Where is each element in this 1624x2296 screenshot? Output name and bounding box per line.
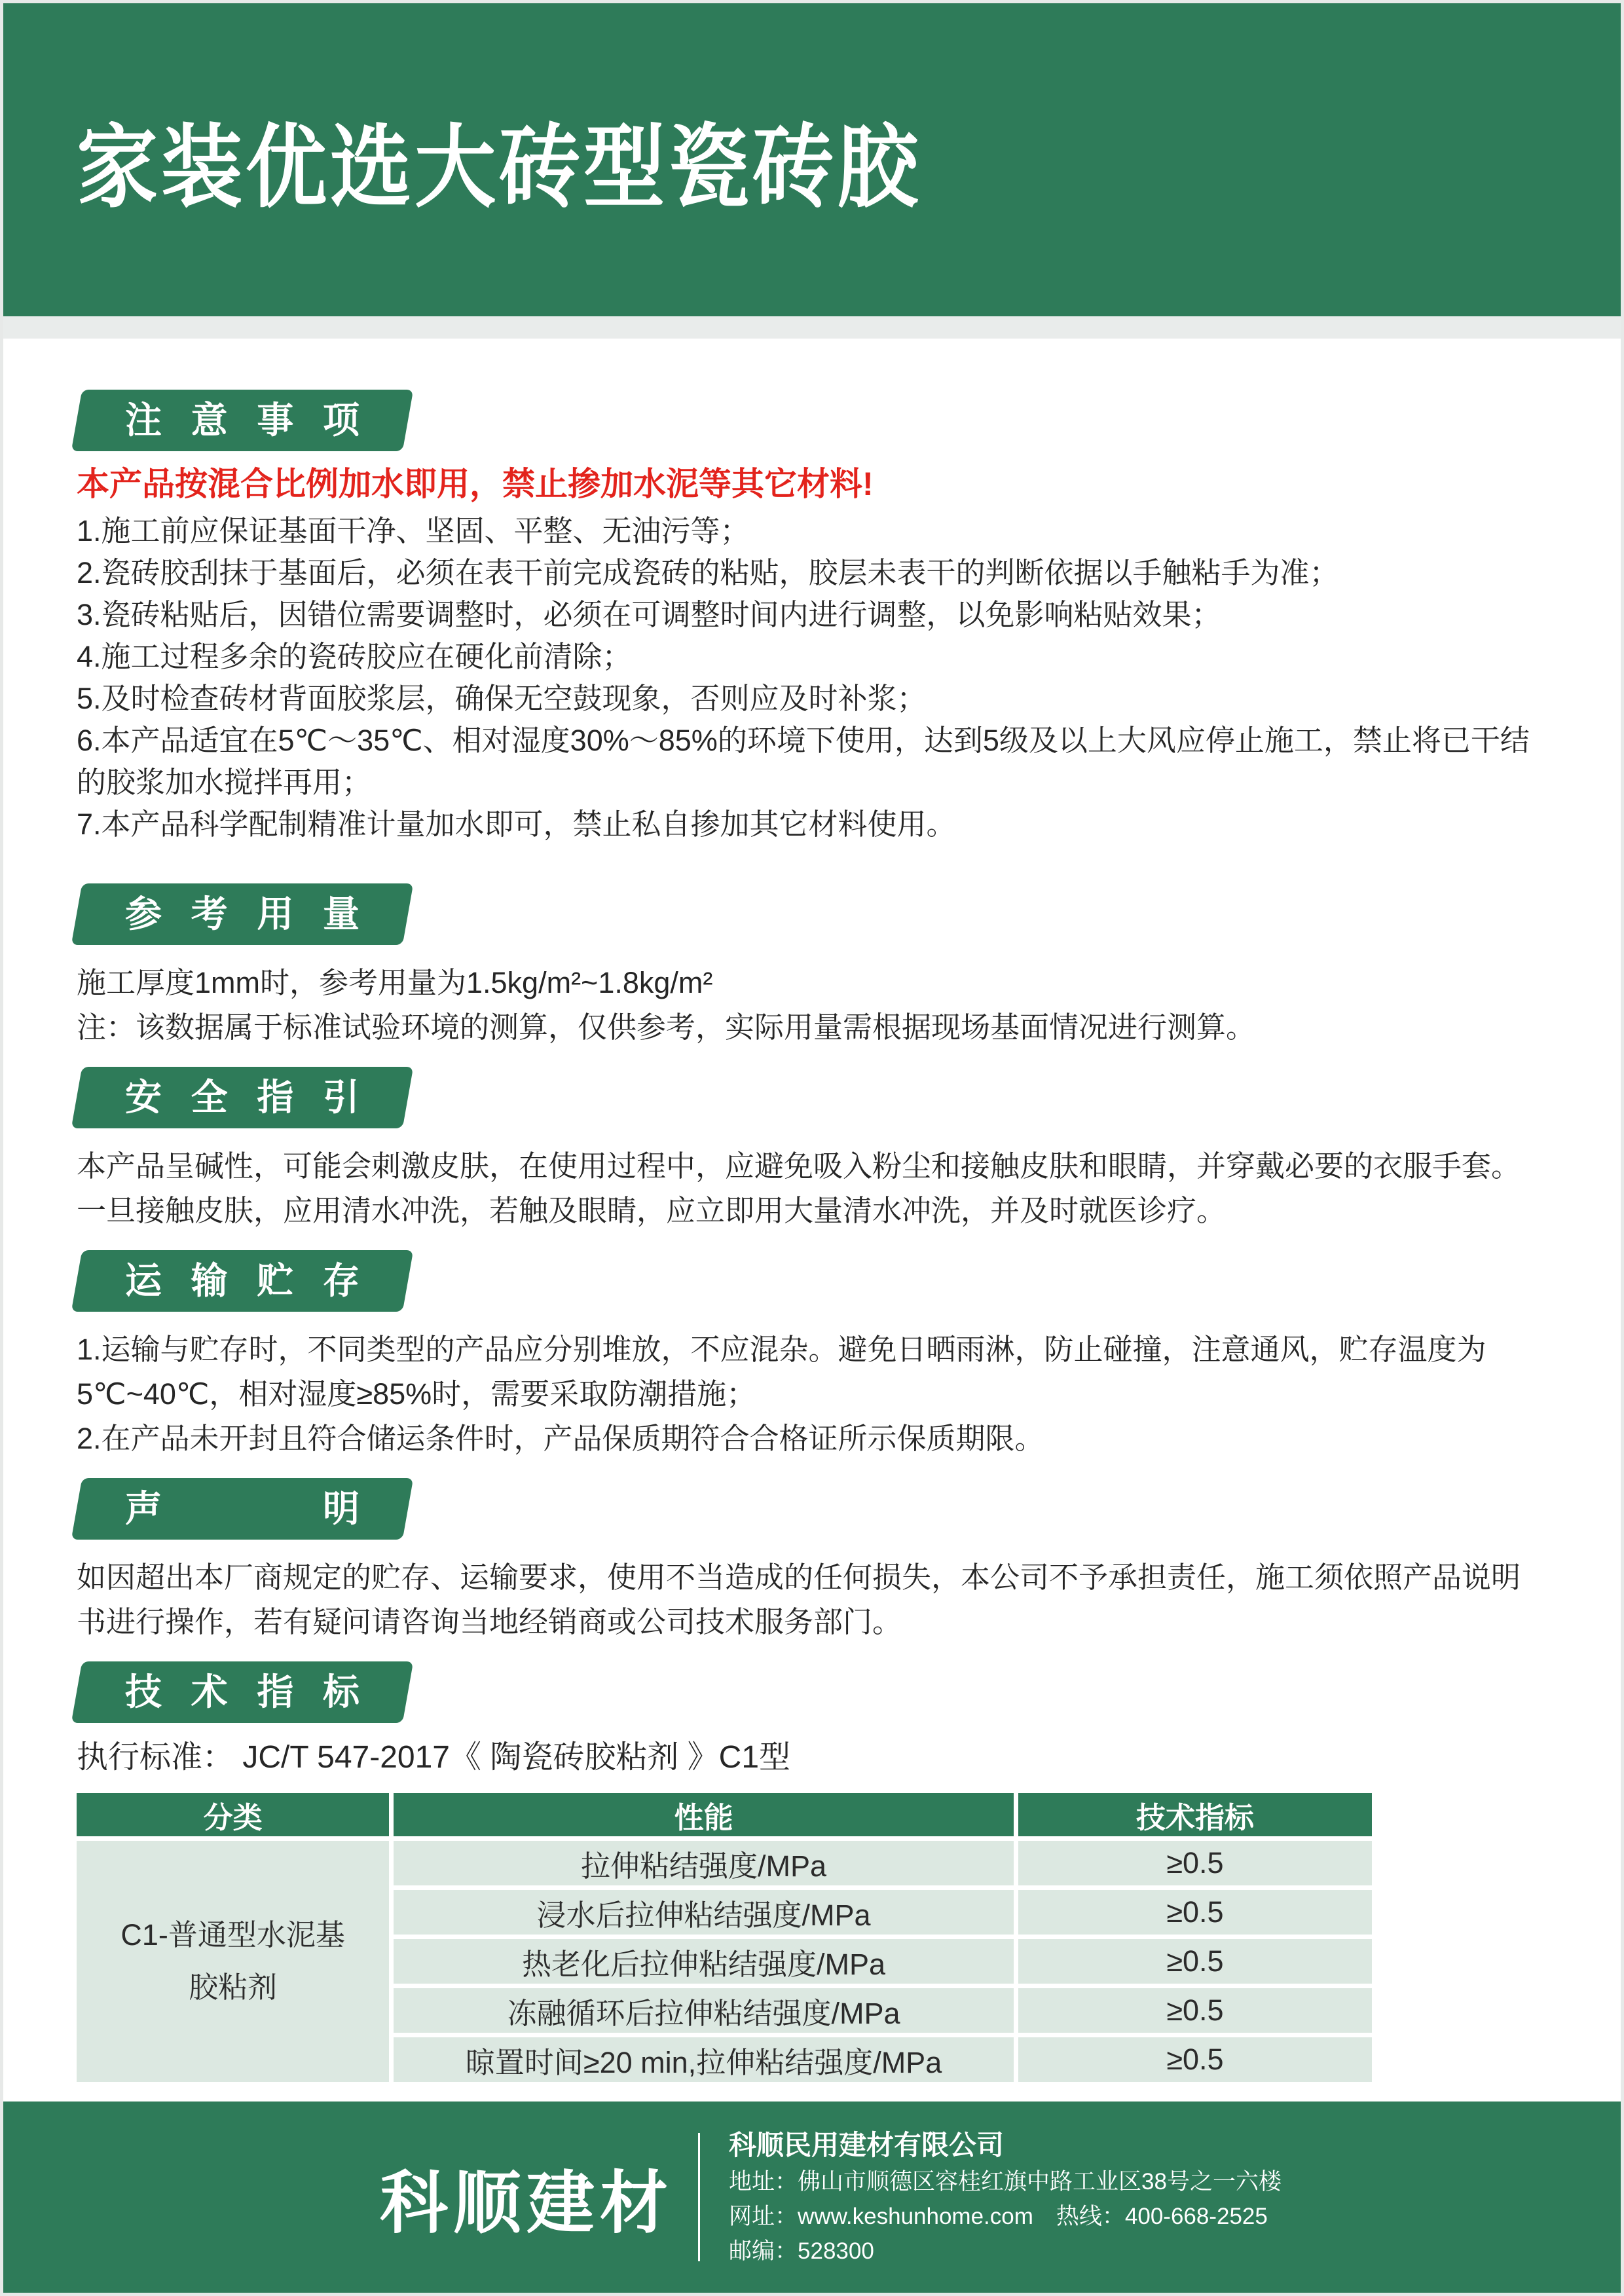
section-badge-label: 参考用量 bbox=[77, 883, 408, 945]
table-property-cell: 冻融循环后拉伸粘结强度/MPa bbox=[394, 1988, 1014, 2033]
table-value-cell: ≥0.5 bbox=[1018, 1841, 1372, 1885]
company-logo: 科顺建材 bbox=[380, 2148, 673, 2246]
product-sheet-page: 家装优选大砖型瓷砖胶 注意事项 本产品按混合比例加水即用，禁止掺加水泥等其它材料… bbox=[3, 3, 1621, 2293]
notice-item: 5.及时检查砖材背面胶浆层，确保无空鼓现象，否则应及时补浆； bbox=[77, 678, 1547, 720]
section-badge-statement: 声明 bbox=[77, 1478, 408, 1540]
notice-item: 7.本产品科学配制精准计量加水即可，禁止私自掺加其它材料使用。 bbox=[77, 804, 1547, 845]
footer-zip: 邮编：528300 bbox=[729, 2234, 1282, 2268]
safety-text: 本产品呈碱性，可能会刺激皮肤，在使用过程中，应避免吸入粉尘和接触皮肤和眼睛，并穿… bbox=[77, 1144, 1547, 1233]
dosage-note: 注：该数据属于标准试验环境的测算，仅供参考，实际用量需根据现场基面情况进行测算。 bbox=[77, 1005, 1547, 1050]
table-value-cell: ≥0.5 bbox=[1018, 1988, 1372, 2033]
footer-company-name: 科顺民用建材有限公司 bbox=[729, 2126, 1282, 2164]
notice-warning-text: 本产品按混合比例加水即用，禁止掺加水泥等其它材料! bbox=[77, 464, 1547, 504]
table-property-cell: 晾置时间≥20 min,拉伸粘结强度/MPa bbox=[394, 2037, 1014, 2082]
section-badge-label: 技术指标 bbox=[77, 1661, 408, 1723]
section-badge-tech: 技术指标 bbox=[77, 1661, 408, 1723]
table-header-row: 分类 性能 技术指标 bbox=[77, 1793, 1372, 1836]
table-property-cell: 浸水后拉伸粘结强度/MPa bbox=[394, 1890, 1014, 1935]
statement-text: 如因超出本厂商规定的贮存、运输要求，使用不当造成的任何损失，本公司不予承担责任，… bbox=[77, 1555, 1547, 1644]
footer-divider bbox=[698, 2133, 700, 2261]
section-badge-transport: 运输贮存 bbox=[77, 1250, 408, 1312]
header-separator-band bbox=[3, 316, 1621, 339]
table-row: C1-普通型水泥基 胶粘剂 拉伸粘结强度/MPa ≥0.5 bbox=[77, 1841, 1372, 1885]
section-badge-safety: 安全指引 bbox=[77, 1067, 408, 1128]
notice-item: 3.瓷砖粘贴后，因错位需要调整时，必须在可调整时间内进行调整，以免影响粘贴效果； bbox=[77, 594, 1547, 636]
footer-banner: 科顺建材 科顺民用建材有限公司 地址：佛山市顺德区容桂红旗中路工业区38号之一六… bbox=[3, 2102, 1621, 2293]
spec-table: 分类 性能 技术指标 C1-普通型水泥基 胶粘剂 拉伸粘结强度/MPa ≥0.5… bbox=[72, 1788, 1376, 2086]
notice-item: 4.施工过程多余的瓷砖胶应在硬化前清除； bbox=[77, 636, 1547, 678]
section-badge-label: 声明 bbox=[77, 1478, 408, 1540]
dosage-line: 施工厚度1mm时，参考用量为1.5kg/m²~1.8kg/m² bbox=[77, 961, 1547, 1005]
header-banner: 家装优选大砖型瓷砖胶 bbox=[3, 3, 1621, 316]
table-category-cell: C1-普通型水泥基 胶粘剂 bbox=[77, 1841, 389, 2082]
table-header-property: 性能 bbox=[394, 1793, 1014, 1836]
notice-item: 2.瓷砖胶刮抹于基面后，必须在表干前完成瓷砖的粘贴，胶层未表干的判断依据以手触粘… bbox=[77, 552, 1547, 594]
section-badge-notice: 注意事项 bbox=[77, 390, 408, 451]
section-badge-dosage: 参考用量 bbox=[77, 883, 408, 945]
table-property-cell: 热老化后拉伸粘结强度/MPa bbox=[394, 1939, 1014, 1984]
section-badge-label: 运输贮存 bbox=[77, 1250, 408, 1312]
notice-item-list: 1.施工前应保证基面干净、坚固、平整、无油污等； 2.瓷砖胶刮抹于基面后，必须在… bbox=[77, 510, 1547, 845]
table-header-index: 技术指标 bbox=[1018, 1793, 1372, 1836]
footer-website-hotline: 网址：www.keshunhome.com 热线：400-668-2525 bbox=[729, 2199, 1282, 2234]
notice-item: 1.施工前应保证基面干净、坚固、平整、无油污等； bbox=[77, 510, 1547, 552]
content-area: 注意事项 本产品按混合比例加水即用，禁止掺加水泥等其它材料! 1.施工前应保证基… bbox=[3, 390, 1621, 2086]
page-title: 家装优选大砖型瓷砖胶 bbox=[77, 95, 921, 225]
category-line: 胶粘剂 bbox=[77, 1961, 389, 2014]
notice-item: 6.本产品适宜在5℃～35℃、相对湿度30%～85%的环境下使用，达到5级及以上… bbox=[77, 720, 1547, 804]
transport-item: 1.运输与贮存时，不同类型的产品应分别堆放，不应混杂。避免日晒雨淋，防止碰撞，注… bbox=[77, 1327, 1547, 1416]
table-header-class: 分类 bbox=[77, 1793, 389, 1836]
table-property-cell: 拉伸粘结强度/MPa bbox=[394, 1841, 1014, 1885]
standard-line: 执行标准： JC/T 547-2017《 陶瓷砖胶粘剂 》C1型 bbox=[77, 1736, 1547, 1779]
table-value-cell: ≥0.5 bbox=[1018, 1939, 1372, 1984]
footer-address: 地址：佛山市顺德区容桂红旗中路工业区38号之一六楼 bbox=[729, 2164, 1282, 2199]
transport-item: 2.在产品未开封且符合储运条件时，产品保质期符合合格证所示保质期限。 bbox=[77, 1416, 1547, 1461]
footer-info-block: 科顺民用建材有限公司 地址：佛山市顺德区容桂红旗中路工业区38号之一六楼 网址：… bbox=[729, 2126, 1282, 2268]
table-value-cell: ≥0.5 bbox=[1018, 2037, 1372, 2082]
section-badge-label: 安全指引 bbox=[77, 1067, 408, 1128]
section-badge-label: 注意事项 bbox=[77, 390, 408, 451]
category-line: C1-普通型水泥基 bbox=[77, 1909, 389, 1961]
table-value-cell: ≥0.5 bbox=[1018, 1890, 1372, 1935]
